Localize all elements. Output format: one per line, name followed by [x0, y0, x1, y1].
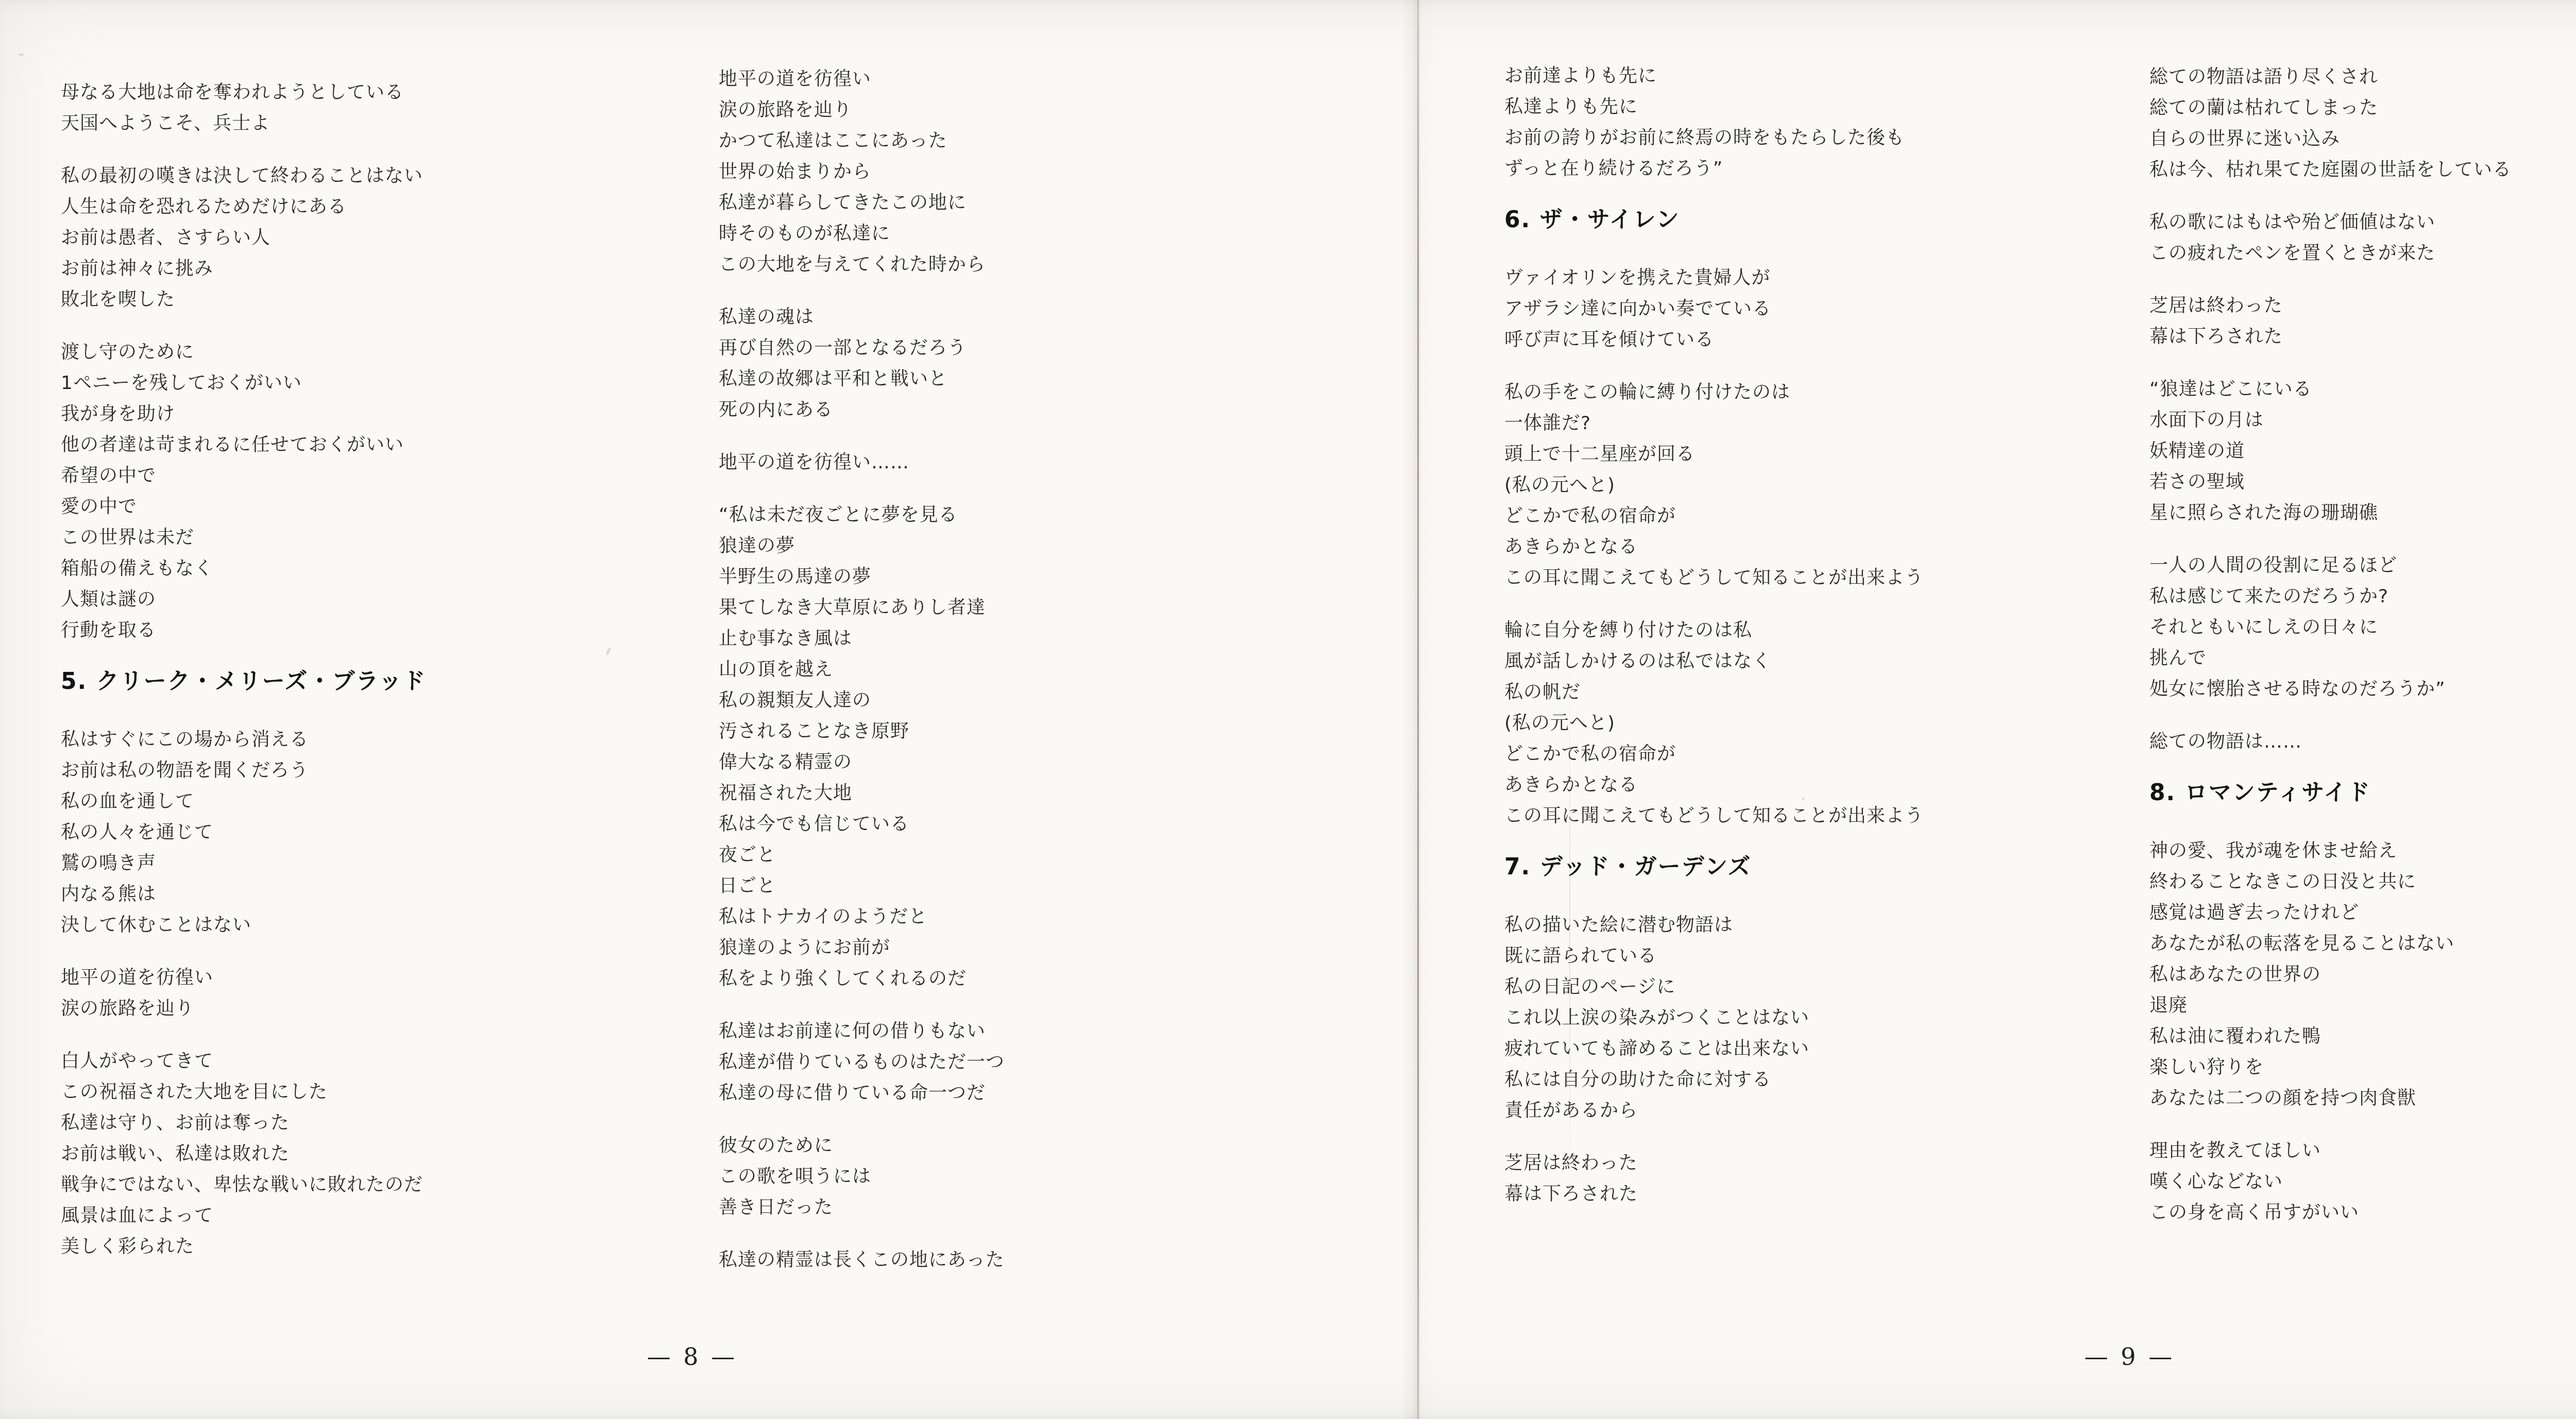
lyric-line: 呼び声に耳を傾けている [1504, 325, 1924, 356]
lyric-line: 星に照らされた海の珊瑚礁 [2149, 498, 2512, 529]
lyric-verse: 私の歌にはもはや殆ど価値はないこの疲れたペンを置くときが来た [2149, 207, 2512, 269]
lyric-line: 彼女のために [719, 1130, 1005, 1161]
lyric-line: 善き日だった [719, 1192, 1005, 1223]
lyric-line: 他の者達は苛まれるに任せておくがいい [61, 430, 427, 461]
lyric-line: 山の頂を越え [719, 654, 1005, 685]
lyric-line: 私には自分の助けた命に対する [1504, 1065, 1924, 1095]
page-number-footer: — 9 — [1420, 1343, 2576, 1371]
lyric-line: かつて私達はここにあった [719, 126, 1005, 157]
page-8: 母なる大地は命を奪われようとしている天国へようこそ、兵士よ私の最初の嘆きは決して… [0, 0, 1419, 1419]
lyric-line: 神の愛、我が魂を休ませ給え [2149, 836, 2512, 867]
lyric-line: (私の元へと) [1504, 708, 1924, 739]
lyric-line: 内なる熊は [61, 879, 427, 910]
page-9: お前達よりも先に私達よりも先にお前の誇りがお前に終焉の時をもたらした後もずっと在… [1420, 0, 2576, 1419]
lyric-verse: お前達よりも先に私達よりも先にお前の誇りがお前に終焉の時をもたらした後もずっと在… [1504, 61, 1924, 184]
lyric-line: 私達の魂は [719, 302, 1005, 333]
lyric-line: 私の歌にはもはや殆ど価値はない [2149, 207, 2512, 238]
lyric-line: 私は今でも信じている [719, 809, 1005, 840]
lyric-line: 私達の故郷は平和と戦いと [719, 364, 1005, 395]
lyric-line: 渡し守のために [61, 337, 427, 368]
lyric-line: 一人の人間の役割に足るほど [2149, 550, 2512, 581]
lyric-line: この大地を与えてくれた時から [719, 249, 1005, 280]
lyric-line: この歌を唄うには [719, 1161, 1005, 1192]
lyric-line: 私はすぐにこの場から消える [61, 724, 427, 755]
lyric-line: 祝福された大地 [719, 778, 1005, 809]
lyrics-column-left: 母なる大地は命を奪われようとしている天国へようこそ、兵士よ私の最初の嘆きは決して… [61, 77, 427, 1284]
lyric-line: 水面下の月は [2149, 405, 2512, 436]
lyric-verse: 地平の道を彷徨い涙の旅路を辿りかつて私達はここにあった世界の始まりから私達が暮ら… [719, 64, 1005, 280]
lyric-line: 私の帆だ [1504, 677, 1924, 708]
lyric-line: 母なる大地は命を奪われようとしている [61, 77, 427, 108]
lyric-line: 私の最初の嘆きは決して終わることはない [61, 161, 427, 192]
lyric-line: 天国へようこそ、兵士よ [61, 108, 427, 139]
lyric-line: お前は神々に挑み [61, 254, 427, 284]
lyric-line: 地平の道を彷徨い…… [719, 447, 1005, 478]
lyric-line: 世界の始まりから [719, 157, 1005, 188]
track-heading: 8. ロマンティサイド [2149, 779, 2512, 807]
lyrics-column-right: 地平の道を彷徨い涙の旅路を辿りかつて私達はここにあった世界の始まりから私達が暮ら… [719, 64, 1005, 1297]
lyric-line: 風が話しかけるのは私ではなく [1504, 646, 1924, 677]
lyric-line: 果てしなき大草原にありし者達 [719, 593, 1005, 623]
page-number-footer: — 8 — [0, 1343, 1402, 1371]
lyric-verse: “狼達はどこにいる水面下の月は妖精達の道若さの聖域星に照らされた海の珊瑚礁 [2149, 374, 2512, 529]
lyric-line: 若さの聖域 [2149, 467, 2512, 498]
lyric-verse: 芝居は終わった幕は下ろされた [2149, 291, 2512, 352]
lyric-line: あきらかとなる [1504, 532, 1924, 563]
lyric-line: 私の描いた絵に潜む物語は [1504, 910, 1924, 941]
track-heading: 6. ザ・サイレン [1504, 206, 1924, 234]
lyric-verse: 地平の道を彷徨い涙の旅路を辿り [61, 962, 427, 1024]
lyric-line: 私達よりも先に [1504, 92, 1924, 123]
lyric-line: 地平の道を彷徨い [61, 962, 427, 993]
lyric-line: この祝福された大地を目にした [61, 1077, 427, 1108]
lyric-line: 私の日記のページに [1504, 972, 1924, 1003]
lyric-verse: 渡し守のために1ペニーを残しておくがいい我が身を助け他の者達は苛まれるに任せてお… [61, 337, 427, 646]
lyric-line: 芝居は終わった [1504, 1148, 1924, 1179]
lyric-verse: 一人の人間の役割に足るほど私は感じて来たのだろうか?それともいにしえの日々に挑ん… [2149, 550, 2512, 705]
lyric-line: 総ての物語は語り尽くされ [2149, 62, 2512, 93]
lyric-line: 私はトナカイのようだと [719, 902, 1005, 933]
lyric-verse: 輪に自分を縛り付けたのは私風が話しかけるのは私ではなく私の帆だ(私の元へと)どこ… [1504, 615, 1924, 832]
lyric-line: 嘆く心などない [2149, 1167, 2512, 1197]
lyric-verse: 神の愛、我が魂を休ませ給え終わることなきこの日没と共に感覚は過ぎ去ったけれどあな… [2149, 836, 2512, 1114]
lyric-verse: “私は未だ夜ごとに夢を見る狼達の夢半野生の馬達の夢果てしなき大草原にありし者達止… [719, 500, 1005, 994]
lyric-verse: ヴァイオリンを携えた貴婦人がアザラシ達に向かい奏でている呼び声に耳を傾けている [1504, 263, 1924, 356]
lyric-line: 敗北を喫した [61, 284, 427, 315]
lyric-line: 1ペニーを残しておくがいい [61, 368, 427, 399]
lyric-line: あなたは二つの顔を持つ肉食獣 [2149, 1083, 2512, 1114]
lyric-line: 私の手をこの輪に縛り付けたのは [1504, 377, 1924, 408]
lyric-line: 私の血を通して [61, 786, 427, 817]
lyric-line: 総ての物語は…… [2149, 727, 2512, 757]
lyric-verse: 総ての物語は…… [2149, 727, 2512, 757]
lyric-line: お前達よりも先に [1504, 61, 1924, 92]
lyric-line: 私達の精霊は長くこの地にあった [719, 1245, 1005, 1276]
lyric-line: 幕は下ろされた [1504, 1179, 1924, 1210]
lyric-verse: 私達はお前達に何の借りもない私達が借りているものはただ一つ私達の母に借りている命… [719, 1016, 1005, 1109]
lyric-line: 私の人々を通じて [61, 817, 427, 848]
track-heading: 7. デッド・ガーデンズ [1504, 853, 1924, 881]
lyric-line: 私達はお前達に何の借りもない [719, 1016, 1005, 1047]
lyric-line: 地平の道を彷徨い [719, 64, 1005, 95]
lyric-line: この耳に聞こえてもどうして知ることが出来よう [1504, 563, 1924, 594]
lyric-line: 総ての蘭は枯れてしまった [2149, 93, 2512, 124]
lyric-verse: 彼女のためにこの歌を唄うには善き日だった [719, 1130, 1005, 1223]
lyric-line: 涙の旅路を辿り [61, 993, 427, 1024]
lyric-line: 私は今、枯れ果てた庭園の世話をしている [2149, 155, 2512, 185]
lyric-line: 白人がやってきて [61, 1046, 427, 1077]
lyric-verse: 理由を教えてほしい嘆く心などないこの身を高く吊すがいい [2149, 1136, 2512, 1228]
lyric-line: 処女に懐胎させる時なのだろうか” [2149, 674, 2512, 705]
lyric-verse: 白人がやってきてこの祝福された大地を目にした私達は守り、お前は奪ったお前は戦い、… [61, 1046, 427, 1262]
lyric-line: お前は戦い、私達は敗れた [61, 1139, 427, 1170]
lyric-line: 私達の母に借りている命一つだ [719, 1078, 1005, 1109]
lyric-line: 鷲の鳴き声 [61, 848, 427, 879]
lyric-line: 再び自然の一部となるだろう [719, 333, 1005, 364]
lyric-line: 私はあなたの世界の [2149, 959, 2512, 990]
lyric-line: あきらかとなる [1504, 770, 1924, 801]
lyric-line: (私の元へと) [1504, 470, 1924, 501]
lyric-line: この耳に聞こえてもどうして知ることが出来よう [1504, 801, 1924, 832]
lyric-line: 幕は下ろされた [2149, 322, 2512, 352]
lyric-line: どこかで私の宿命が [1504, 501, 1924, 532]
lyric-line: 頭上で十二星座が回る [1504, 439, 1924, 470]
lyric-line: 希望の中で [61, 461, 427, 492]
lyric-line: この世界は未だ [61, 522, 427, 553]
lyric-line: お前は愚者、さすらい人 [61, 223, 427, 254]
lyric-line: これ以上涙の染みがつくことはない [1504, 1003, 1924, 1034]
lyric-verse: 私の最初の嘆きは決して終わることはない人生は命を恐れるためだけにあるお前は愚者、… [61, 161, 427, 315]
lyric-line: 涙の旅路を辿り [719, 95, 1005, 126]
lyric-line: 終わることなきこの日没と共に [2149, 867, 2512, 898]
lyric-verse: 総ての物語は語り尽くされ総ての蘭は枯れてしまった自らの世界に迷い込み私は今、枯れ… [2149, 62, 2512, 185]
lyric-line: 楽しい狩りを [2149, 1052, 2512, 1083]
lyric-verse: 母なる大地は命を奪われようとしている天国へようこそ、兵士よ [61, 77, 427, 139]
lyrics-column-left: お前達よりも先に私達よりも先にお前の誇りがお前に終焉の時をもたらした後もずっと在… [1504, 61, 1924, 1231]
lyric-line: ずっと在り続けるだろう” [1504, 154, 1924, 184]
lyric-line: 箱船の備えもなく [61, 553, 427, 584]
lyric-line: 日ごと [719, 871, 1005, 902]
lyric-line: 私達が暮らしてきたこの地に [719, 188, 1005, 218]
lyric-line: 私は感じて来たのだろうか? [2149, 581, 2512, 612]
lyric-line: どこかで私の宿命が [1504, 739, 1924, 770]
lyric-line: 半野生の馬達の夢 [719, 562, 1005, 593]
lyric-line: この疲れたペンを置くときが来た [2149, 238, 2512, 269]
lyric-line: 偉大なる精霊の [719, 747, 1005, 778]
lyric-line: お前は私の物語を聞くだろう [61, 755, 427, 786]
lyric-line: 輪に自分を縛り付けたのは私 [1504, 615, 1924, 646]
lyrics-column-right: 総ての物語は語り尽くされ総ての蘭は枯れてしまった自らの世界に迷い込み私は今、枯れ… [2149, 62, 2512, 1250]
lyric-line: 汚されることなき原野 [719, 716, 1005, 747]
lyric-line: 感覚は過ぎ去ったけれど [2149, 898, 2512, 928]
lyric-line: それともいにしえの日々に [2149, 612, 2512, 643]
lyric-line: 疲れていても諦めることは出来ない [1504, 1034, 1924, 1065]
lyric-line: 理由を教えてほしい [2149, 1136, 2512, 1167]
lyric-line: 美しく彩られた [61, 1231, 427, 1262]
lyric-line: 夜ごと [719, 840, 1005, 871]
lyric-line: “私は未だ夜ごとに夢を見る [719, 500, 1005, 531]
lyric-line: あなたが私の転落を見ることはない [2149, 928, 2512, 959]
lyric-line: 私達は守り、お前は奪った [61, 1108, 427, 1139]
lyric-verse: 地平の道を彷徨い…… [719, 447, 1005, 478]
lyric-line: 決して休むことはない [61, 910, 427, 941]
lyric-verse: 私の描いた絵に潜む物語は既に語られている私の日記のページにこれ以上涙の染みがつく… [1504, 910, 1924, 1126]
lyric-line: お前の誇りがお前に終焉の時をもたらした後も [1504, 123, 1924, 154]
lyric-line: 狼達の夢 [719, 531, 1005, 562]
lyric-line: 自らの世界に迷い込み [2149, 124, 2512, 155]
lyric-line: 私をより強くしてくれるのだ [719, 964, 1005, 994]
lyric-line: 戦争にではない、卑怯な戦いに敗れたのだ [61, 1170, 427, 1201]
lyric-line: 行動を取る [61, 615, 427, 646]
booklet-spread: 母なる大地は命を奪われようとしている天国へようこそ、兵士よ私の最初の嘆きは決して… [0, 0, 2576, 1419]
lyric-line: 風景は血によって [61, 1201, 427, 1231]
lyric-line: 退廃 [2149, 990, 2512, 1021]
lyric-verse: 私達の精霊は長くこの地にあった [719, 1245, 1005, 1276]
lyric-line: 一体誰だ? [1504, 408, 1924, 439]
lyric-line: 既に語られている [1504, 941, 1924, 972]
lyric-line: 人類は謎の [61, 584, 427, 615]
lyric-line: 芝居は終わった [2149, 291, 2512, 322]
lyric-line: 挑んで [2149, 643, 2512, 674]
lyric-line: 妖精達の道 [2149, 436, 2512, 467]
lyric-line: 狼達のようにお前が [719, 933, 1005, 964]
lyric-line: アザラシ達に向かい奏でている [1504, 294, 1924, 325]
lyric-line: 止む事なき風は [719, 623, 1005, 654]
lyric-line: ヴァイオリンを携えた貴婦人が [1504, 263, 1924, 294]
lyric-line: 私の親類友人達の [719, 685, 1005, 716]
lyric-line: 愛の中で [61, 492, 427, 522]
lyric-line: 私は油に覆われた鴨 [2149, 1021, 2512, 1052]
lyric-line: この身を高く吊すがいい [2149, 1197, 2512, 1228]
lyric-line: “狼達はどこにいる [2149, 374, 2512, 405]
lyric-line: 死の内にある [719, 395, 1005, 426]
lyric-verse: 私達の魂は再び自然の一部となるだろう私達の故郷は平和と戦いと死の内にある [719, 302, 1005, 426]
lyric-line: 人生は命を恐れるためだけにある [61, 192, 427, 223]
lyric-verse: 私はすぐにこの場から消えるお前は私の物語を聞くだろう私の血を通して私の人々を通じ… [61, 724, 427, 941]
lyric-line: 私達が借りているものはただ一つ [719, 1047, 1005, 1078]
lyric-line: 我が身を助け [61, 399, 427, 430]
track-heading: 5. クリーク・メリーズ・ブラッド [61, 668, 427, 696]
lyric-verse: 芝居は終わった幕は下ろされた [1504, 1148, 1924, 1210]
lyric-line: 責任があるから [1504, 1095, 1924, 1126]
lyric-verse: 私の手をこの輪に縛り付けたのは一体誰だ?頭上で十二星座が回る(私の元へと)どこか… [1504, 377, 1924, 594]
lyric-line: 時そのものが私達に [719, 218, 1005, 249]
